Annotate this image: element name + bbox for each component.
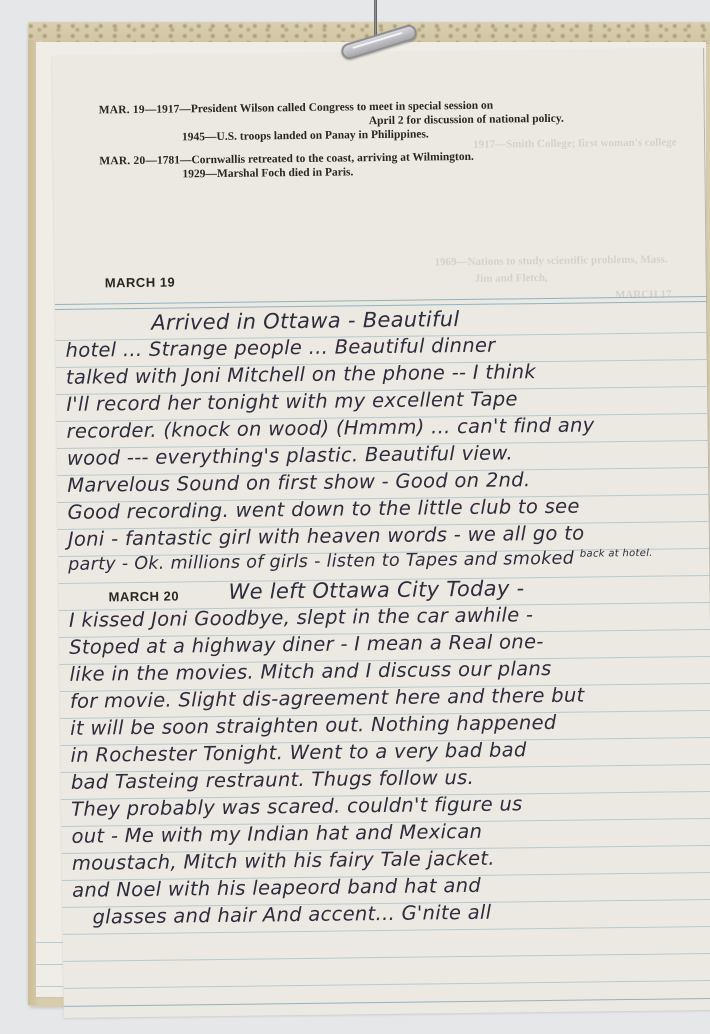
ruled-line (63, 980, 710, 989)
handwritten-line: Joni - fantastic girl with heaven words … (68, 522, 585, 551)
handwritten-line: it will be soon straighten out. Nothing … (70, 711, 557, 740)
handwritten-line: bad Tasteing restraunt. Thugs follow us. (71, 766, 474, 794)
handwritten-line: glasses and hair And accent... G'nite al… (92, 901, 491, 929)
diary-page: 1917—Smith College; first woman's colleg… (52, 48, 710, 1018)
handwritten-line: in Rochester Tonight. Went to a very bad… (70, 738, 526, 767)
handwritten-line: out - Me with my Indian hat and Mexican (71, 820, 482, 848)
handwritten-line: talked with Joni Mitchell on the phone -… (66, 360, 536, 389)
ruled-line (64, 998, 710, 1007)
handwritten-text: party - Ok. millions of girls - listen t… (68, 549, 574, 575)
handwritten-line: Good recording. went down to the little … (67, 495, 579, 524)
almanac-date: MAR. 19 (99, 104, 145, 117)
ruled-line (63, 953, 710, 962)
handwritten-line: for movie. Slight dis-agreement here and… (70, 684, 585, 713)
date-label-march-19: MARCH 19 (105, 275, 176, 291)
almanac-date: MAR. 20 (99, 155, 145, 168)
margin-note: back at hotel. (580, 548, 653, 560)
almanac-entry-mar-19: MAR. 19—1917—President Wilson called Con… (99, 96, 679, 145)
handwritten-line: hotel ... Strange people ... Beautiful d… (65, 334, 495, 362)
handwritten-line: wood --- everything's plastic. Beautiful… (67, 441, 513, 469)
date-label-march-20: MARCH 20 (109, 588, 180, 604)
handwritten-line: like in the movies. Mitch and I discuss … (69, 657, 551, 686)
almanac-entry-mar-20: MAR. 20—1781—Cornwallis retreated to the… (99, 147, 679, 182)
bleed-through-text: Jim and Fletch, (475, 272, 548, 285)
almanac-line: —1781—Cornwallis retreated to the coast,… (145, 151, 474, 167)
handwritten-line: and Noel with his leapeord band hat and (72, 874, 481, 902)
bleed-through-text: 1969—Nations to study scientific problem… (434, 253, 667, 268)
handwritten-line: recorder. (knock on wood) (Hmmm) ... can… (66, 413, 594, 442)
almanac-header: MAR. 19—1917—President Wilson called Con… (99, 96, 680, 191)
handwritten-line: They probably was scared. couldn't figur… (71, 792, 523, 821)
handwritten-line: We left Ottawa City Today - (228, 576, 524, 604)
handwritten-line: Arrived in Ottawa - Beautiful (151, 307, 460, 335)
handwritten-line: Marvelous Sound on first show - Good on … (67, 468, 530, 497)
handwritten-line: moustach, Mitch with his fairy Tale jack… (72, 847, 495, 875)
handwritten-line: I kissed Joni Goodbye, slept in the car … (69, 603, 534, 632)
handwritten-line: Stoped at a highway diner - I mean a Rea… (69, 630, 544, 659)
handwritten-line: I'll record her tonight with my excellen… (66, 387, 518, 416)
handwritten-line: party - Ok. millions of girls - listen t… (68, 548, 653, 575)
